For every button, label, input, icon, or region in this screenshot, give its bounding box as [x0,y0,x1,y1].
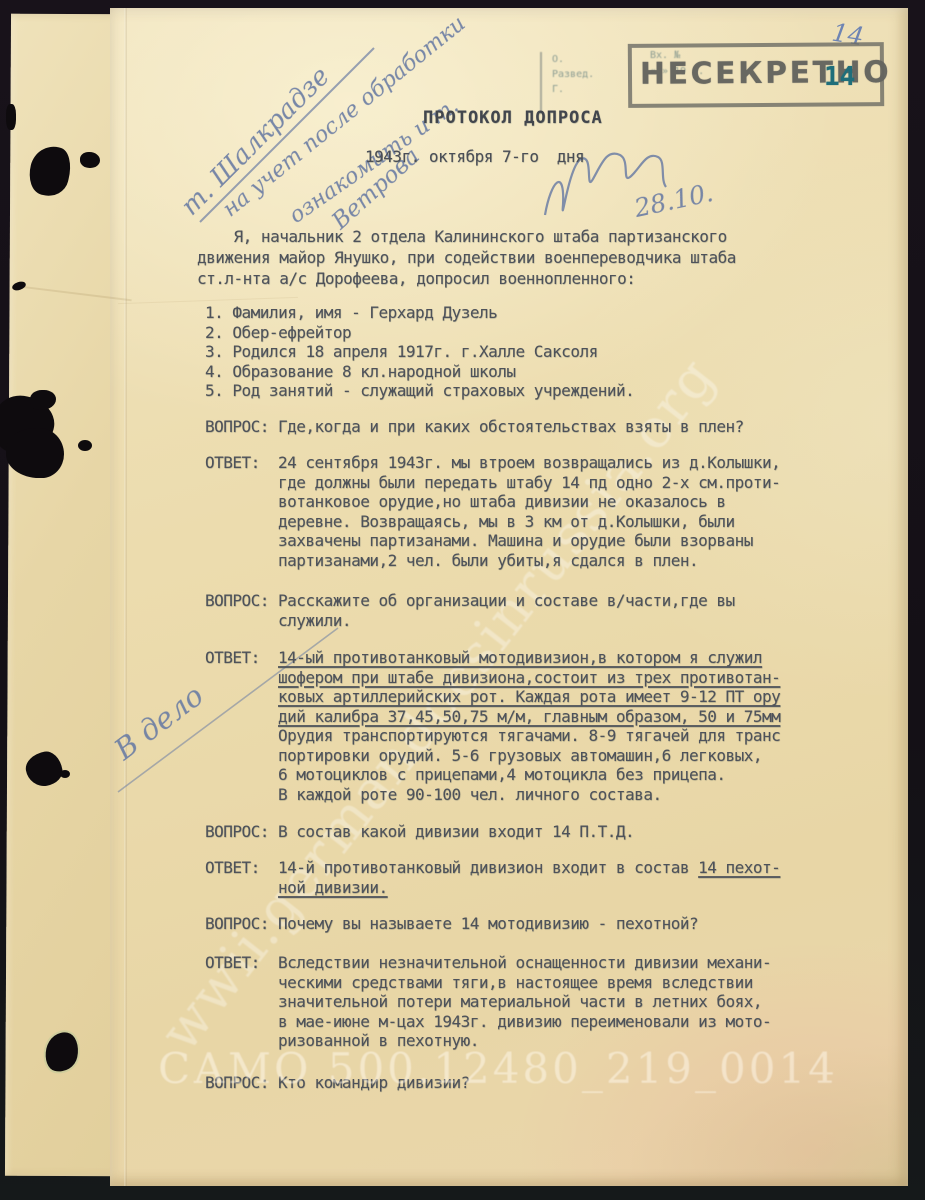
question-line: служили. [278,611,735,631]
answer-line: Орудия транспортируются тягачами. 8-9 тя… [278,726,780,746]
text-segment: захвачены партизанами. Машина и орудие б… [278,531,753,550]
registry-stamp-line: О. [552,52,594,67]
answer-block: ОТВЕТ:14-й противотанковый дивизион вход… [205,858,865,897]
question-block-text: Почему вы называете 14 мотодивизию - пех… [278,914,698,934]
text-segment: движения майор Янушко, при содействии во… [197,248,736,267]
question-block-label: ВОПРОС: [205,914,278,934]
ink-blot [80,152,100,168]
typed-page-number: 14 [824,62,855,92]
text-segment: 14-й противотанковый дивизион входит в с… [278,858,698,877]
answer-line: ческими средствами тяги,в настоящее врем… [278,973,771,993]
intro-paragraph: Я, начальник 2 отдела Калининского штаба… [197,226,736,289]
text-segment: 5. Род занятий - служащий страховых учре… [205,381,634,400]
ink-blot [60,770,70,778]
answer-line: 24 сентября 1943г. мы втроем возвращалис… [278,453,780,473]
question-line: Где,когда и при каких обстоятельствах вз… [278,417,744,437]
text-segment: Почему вы называете 14 мотодивизию - пех… [278,914,698,933]
text-segment: ковых артиллерийских рот. Каждая рота им… [278,687,780,706]
answer-line: в мае-июне м-цах 1943г. дивизию переимен… [278,1012,771,1032]
document-date: 1943г. октября 7-го дня [365,147,584,166]
answer-line: 6 мотоциклов с прицепами,4 мотоцикла без… [278,765,780,785]
text-segment: служили. [278,611,351,630]
text-segment: значительной потери материальной части в… [278,992,762,1011]
text-segment: Расскажите об организации и составе в/ча… [278,591,735,610]
answer-block: ОТВЕТ:Вследствии незначительной оснащенн… [205,953,865,1051]
answer-block-text: Вследствии незначительной оснащенности д… [278,953,771,1051]
text-segment: 1. Фамилия, имя - Герхард Дузель [205,303,497,322]
answer-block-text: 14-ый противотанковый мотодивизион,в кот… [278,648,780,804]
text-segment: где должны были передать штабу 14 пд одн… [278,473,780,492]
prisoner-info-item: 4. Образование 8 кл.народной школы [205,362,634,382]
text-segment: Я, начальник 2 отдела Калининского штаба… [197,227,727,246]
answer-block: ОТВЕТ:14-ый противотанковый мотодивизион… [205,648,865,804]
text-segment: партизанами,2 чел. были убиты,я сдался в… [278,551,698,570]
text-segment: ческими средствами тяги,в настоящее врем… [278,973,753,992]
text-segment: 3. Родился 18 апреля 1917г. г.Халле Сакс… [205,342,598,361]
text-segment: 2. Обер-ефрейтор [205,323,351,342]
question-line: Почему вы называете 14 мотодивизию - пех… [278,914,698,934]
text-segment: 4. Образование 8 кл.народной школы [205,362,516,381]
registry-stamp-line: Г. [552,82,594,97]
text-segment: 6 мотоциклов с прицепами,4 мотоцикла без… [278,765,726,784]
answer-line: Вследствии незначительной оснащенности д… [278,953,771,973]
answer-line: партизанами,2 чел. были убиты,я сдался в… [278,551,780,571]
text-segment: Вследствии незначительной оснащенности д… [278,953,771,972]
answer-block-text: 14-й противотанковый дивизион входит в с… [278,858,780,897]
answer-line: 14-ый противотанковый мотодивизион,в кот… [278,648,780,668]
question-line: Расскажите об организации и составе в/ча… [278,591,735,611]
archive-code-watermark: САМО 500.12480_219_0014 [158,1044,838,1093]
document-title: ПРОТОКОЛ ДОПРОСА [423,108,603,128]
text-segment: вотанковое орудие,но штаба дивизии не ок… [278,492,726,511]
underlying-page-edge [5,14,127,1177]
ink-blot [78,440,92,451]
answer-block-label: ОТВЕТ: [205,858,278,897]
text-segment: ной дивизии. [278,878,388,897]
question-block-text: Где,когда и при каких обстоятельствах вз… [278,417,744,437]
question-block: ВОПРОС:Где,когда и при каких обстоятельс… [205,417,865,437]
answer-line: 14-й противотанковый дивизион входит в с… [278,858,780,878]
answer-block-label: ОТВЕТ: [205,953,278,1051]
registry-stamp: О. Развед. Г. [540,52,594,114]
question-block-label: ВОПРОС: [205,591,278,630]
text-segment: В состав какой дивизии входит 14 П.Т.Д. [278,822,634,841]
answer-block: ОТВЕТ:24 сентября 1943г. мы втроем возвр… [205,453,865,570]
prisoner-info-item: 1. Фамилия, имя - Герхард Дузель [205,303,634,323]
answer-line: В каждой роте 90-100 чел. личного состав… [278,785,780,805]
answer-block-text: 24 сентября 1943г. мы втроем возвращалис… [278,453,780,570]
text-segment: деревне. Возвращаясь, мы в 3 км от д.Кол… [278,512,735,531]
answer-line: дий калибра 37,45,50,75 м/м, главным обр… [278,707,780,727]
text-segment: шофером при штабе дивизиона,состоит из т… [278,668,780,687]
prisoner-info-item: 5. Род занятий - служащий страховых учре… [205,381,634,401]
text-segment: Орудия транспортируются тягачами. 8-9 тя… [278,726,780,745]
text-segment: 14-ый противотанковый мотодивизион,в кот… [278,648,762,667]
answer-line: вотанковое орудие,но штаба дивизии не ок… [278,492,780,512]
answer-line: где должны были передать штабу 14 пд одн… [278,473,780,493]
text-segment: ст.л-нта а/с Дорофеева, допросил военноп… [197,269,635,288]
text-segment: В каждой роте 90-100 чел. личного состав… [278,785,662,804]
answer-line: деревне. Возвращаясь, мы в 3 км от д.Кол… [278,512,780,532]
prisoner-info-item: 3. Родился 18 апреля 1917г. г.Халле Сакс… [205,342,634,362]
prisoner-info-list: 1. Фамилия, имя - Герхард Дузель2. Обер-… [205,303,634,401]
answer-line: ковых артиллерийских рот. Каждая рота им… [278,687,780,707]
vertical-fold-line [124,8,127,1186]
answer-line: портировки орудий. 5-6 грузовых автомаши… [278,746,780,766]
answer-line: захвачены партизанами. Машина и орудие б… [278,531,780,551]
registry-stamp-line: Развед. [552,67,594,82]
text-segment: портировки орудий. 5-6 грузовых автомаши… [278,746,762,765]
text-segment: 14 пехот- [698,858,780,877]
question-block-text: Расскажите об организации и составе в/ча… [278,591,735,630]
document-scan: wwii.germandocsinrussia.org т. Шалкрадзе… [0,0,925,1200]
question-block-text: В состав какой дивизии входит 14 П.Т.Д. [278,822,634,842]
intro-line: движения майор Янушко, при содействии во… [197,247,736,268]
question-block-label: ВОПРОС: [205,417,278,437]
text-segment: Где,когда и при каких обстоятельствах вз… [278,417,744,436]
question-block-label: ВОПРОС: [205,822,278,842]
text-segment: в мае-июне м-цах 1943г. дивизию переимен… [278,1012,771,1031]
answer-line: значительной потери материальной части в… [278,992,771,1012]
question-block: ВОПРОС:В состав какой дивизии входит 14 … [205,822,865,842]
prisoner-info-item: 2. Обер-ефрейтор [205,323,634,343]
answer-line: ной дивизии. [278,878,780,898]
question-block: ВОПРОС:Расскажите об организации и соста… [205,591,865,630]
answer-block-label: ОТВЕТ: [205,453,278,570]
ink-blot [6,104,16,130]
question-line: В состав какой дивизии входит 14 П.Т.Д. [278,822,634,842]
ink-blot [6,428,64,478]
intro-line: ст.л-нта а/с Дорофеева, допросил военноп… [197,268,736,289]
intro-line: Я, начальник 2 отдела Калининского штаба… [197,226,736,247]
answer-line: шофером при штабе дивизиона,состоит из т… [278,668,780,688]
text-segment: дий калибра 37,45,50,75 м/м, главным обр… [278,707,780,726]
answer-block-label: ОТВЕТ: [205,648,278,804]
text-segment: 24 сентября 1943г. мы втроем возвращалис… [278,453,780,472]
question-block: ВОПРОС:Почему вы называете 14 мотодивизи… [205,914,865,934]
